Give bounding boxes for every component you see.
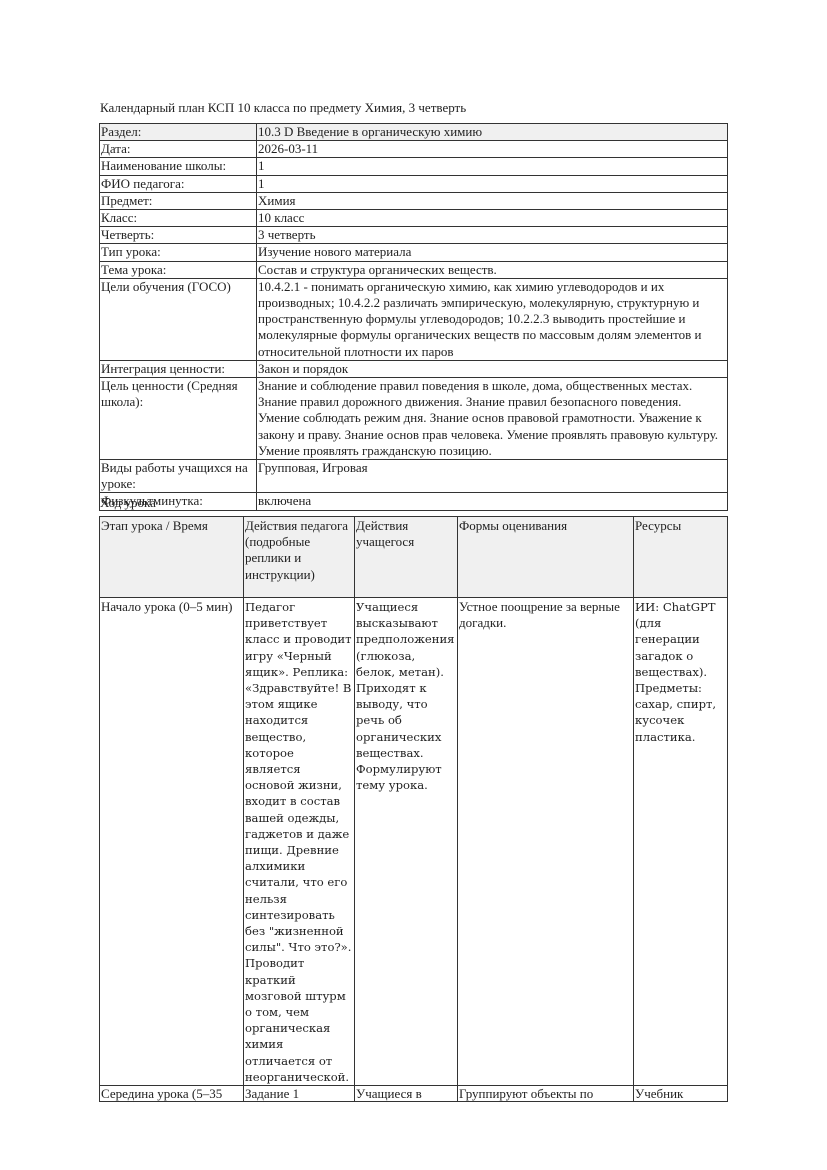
teacher-actions-cell: Педагог приветствует класс и проводит иг…	[244, 598, 355, 1086]
info-row: Предмет:Химия	[100, 192, 728, 209]
column-header-teacher-actions: Действия педагога (подробные реплики и и…	[244, 517, 355, 598]
info-value: 1	[257, 158, 728, 175]
column-header-assessment: Формы оценивания	[458, 517, 634, 598]
document-title: Календарный план КСП 10 класса по предме…	[100, 100, 466, 116]
info-row: Интеграция ценности:Закон и порядок	[100, 360, 728, 377]
info-label: Тип урока:	[100, 244, 257, 261]
table-row: Начало урока (0–5 мин) Педагог приветств…	[100, 598, 728, 1086]
info-row: Класс:10 класс	[100, 210, 728, 227]
table-row: Середина урока (5–35 Задание 1 Учащиеся …	[100, 1086, 728, 1102]
lesson-info-table: Раздел:10.3 D Введение в органическую хи…	[99, 123, 728, 511]
stage-cell: Середина урока (5–35	[100, 1086, 244, 1102]
resources-cell: ИИ: ChatGPT (для генерации загадок о вещ…	[634, 598, 728, 1086]
info-label: Виды работы учащихся на уроке:	[100, 460, 257, 493]
info-label: Четверть:	[100, 227, 257, 244]
column-header-resources: Ресурсы	[634, 517, 728, 598]
table-header-row: Этап урока / Время Действия педагога (по…	[100, 517, 728, 598]
resources-cell: Учебник	[634, 1086, 728, 1102]
info-row: Виды работы учащихся на уроке:Групповая,…	[100, 460, 728, 493]
info-value: включена	[257, 493, 728, 510]
info-value: 1	[257, 175, 728, 192]
column-header-student-actions: Действия учащегося	[355, 517, 458, 598]
info-value: 3 четверть	[257, 227, 728, 244]
info-label: Тема урока:	[100, 261, 257, 278]
info-row: Наименование школы:1	[100, 158, 728, 175]
column-header-stage: Этап урока / Время	[100, 517, 244, 598]
info-label: Интеграция ценности:	[100, 360, 257, 377]
info-value: Знание и соблюдение правил поведения в ш…	[257, 378, 728, 460]
stage-cell: Начало урока (0–5 мин)	[100, 598, 244, 1086]
info-value: Изучение нового материала	[257, 244, 728, 261]
info-label: Дата:	[100, 141, 257, 158]
lesson-flow-table: Этап урока / Время Действия педагога (по…	[99, 516, 728, 1102]
info-label: Предмет:	[100, 192, 257, 209]
info-value: Закон и порядок	[257, 360, 728, 377]
student-actions-cell: Учащиеся в	[355, 1086, 458, 1102]
info-value: Групповая, Игровая	[257, 460, 728, 493]
info-row: ФИО педагога:1	[100, 175, 728, 192]
info-row: Цель ценности (Средняя школа):Знание и с…	[100, 378, 728, 460]
teacher-actions-cell: Задание 1	[244, 1086, 355, 1102]
info-value: 10 класс	[257, 210, 728, 227]
info-value: 2026-03-11	[257, 141, 728, 158]
info-row: Четверть:3 четверть	[100, 227, 728, 244]
info-row: Дата:2026-03-11	[100, 141, 728, 158]
info-label: Раздел:	[100, 124, 257, 141]
info-label: Цели обучения (ГОСО)	[100, 278, 257, 360]
info-value: Химия	[257, 192, 728, 209]
info-row: Тема урока:Состав и структура органическ…	[100, 261, 728, 278]
info-row: Тип урока:Изучение нового материала	[100, 244, 728, 261]
info-label: Цель ценности (Средняя школа):	[100, 378, 257, 460]
info-value: Состав и структура органических веществ.	[257, 261, 728, 278]
info-row: Физкультминутка:включена	[100, 493, 728, 510]
info-row: Цели обучения (ГОСО)10.4.2.1 - понимать …	[100, 278, 728, 360]
info-label: Наименование школы:	[100, 158, 257, 175]
student-actions-cell: Учащиеся высказывают предположения (глюк…	[355, 598, 458, 1086]
assessment-cell: Группируют объекты по	[458, 1086, 634, 1102]
info-value: 10.3 D Введение в органическую химию	[257, 124, 728, 141]
info-value: 10.4.2.1 - понимать органическую химию, …	[257, 278, 728, 360]
info-label: Класс:	[100, 210, 257, 227]
assessment-cell: Устное поощрение за верные догадки.	[458, 598, 634, 1086]
lesson-flow-heading: Ход урока	[100, 495, 156, 511]
info-label: ФИО педагога:	[100, 175, 257, 192]
info-row: Раздел:10.3 D Введение в органическую хи…	[100, 124, 728, 141]
